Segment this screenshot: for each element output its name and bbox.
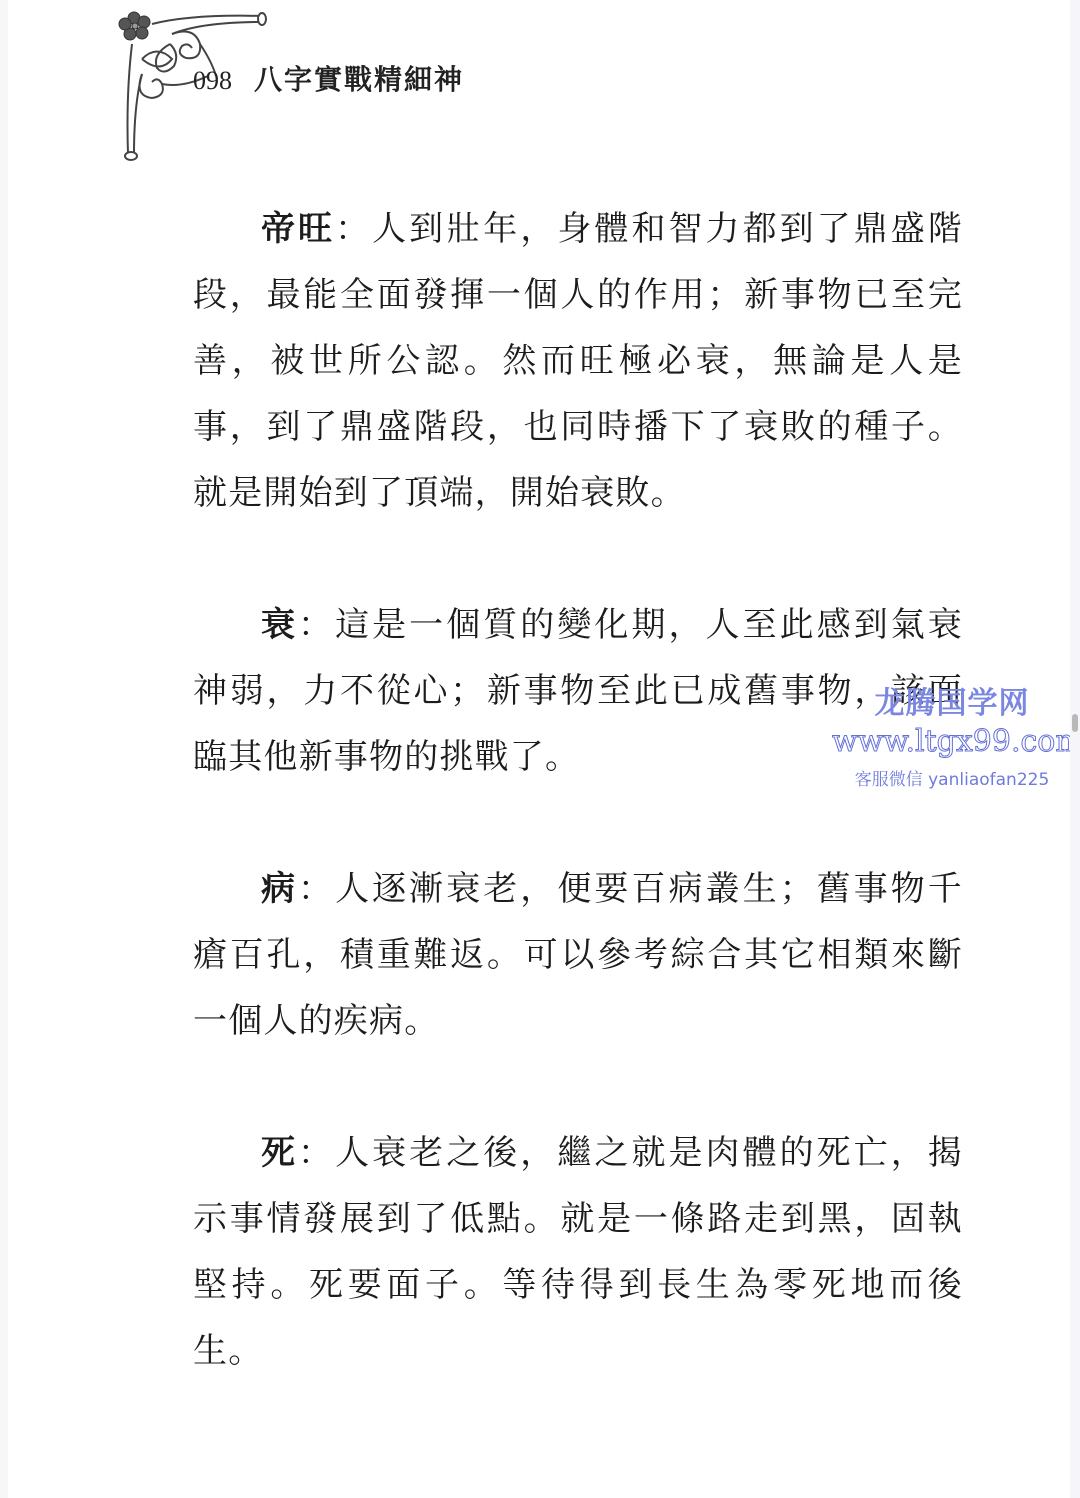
term-label: 帝旺 bbox=[261, 209, 335, 249]
watermark-site-name: 龙腾国学网 bbox=[832, 686, 1072, 722]
watermark: 龙腾国学网 www.ltgx99.com 客服微信 yanliaofan225 bbox=[832, 686, 1072, 794]
term-separator: ： bbox=[335, 209, 372, 249]
scrollbar-track[interactable] bbox=[1070, 0, 1080, 1498]
term-separator: ： bbox=[298, 869, 335, 909]
scrollbar-thumb[interactable] bbox=[1072, 714, 1078, 732]
term-separator: ： bbox=[298, 605, 335, 645]
watermark-url: www.ltgx99.com bbox=[832, 722, 1072, 762]
term-label: 死 bbox=[261, 1133, 298, 1173]
paragraph-si: 死：人衰老之後，繼之就是肉體的死亡，揭示事情發展到了低點。就是一條路走到黑，固執… bbox=[193, 1120, 963, 1384]
paragraph-text: 人到壯年，身體和智力都到了鼎盛階段，最能全面發揮一個人的作用；新事物已至完善，被… bbox=[193, 209, 963, 513]
book-title: 八字實戰精細神 bbox=[254, 58, 464, 98]
watermark-contact: 客服微信 yanliaofan225 bbox=[832, 766, 1072, 794]
page-number: 098 bbox=[193, 66, 232, 96]
term-label: 衰 bbox=[261, 605, 298, 645]
paragraph-bing: 病：人逐漸衰老，便要百病叢生；舊事物千瘡百孔，積重難返。可以參考綜合其它相類來斷… bbox=[193, 856, 963, 1054]
document-body: 帝旺：人到壯年，身體和智力都到了鼎盛階段，最能全面發揮一個人的作用；新事物已至完… bbox=[193, 196, 963, 1450]
term-separator: ： bbox=[298, 1133, 335, 1173]
paragraph-diwang: 帝旺：人到壯年，身體和智力都到了鼎盛階段，最能全面發揮一個人的作用；新事物已至完… bbox=[193, 196, 963, 526]
page-edge bbox=[0, 0, 8, 1498]
page-header: 098 八字實戰精細神 bbox=[193, 58, 464, 94]
term-label: 病 bbox=[261, 869, 298, 909]
